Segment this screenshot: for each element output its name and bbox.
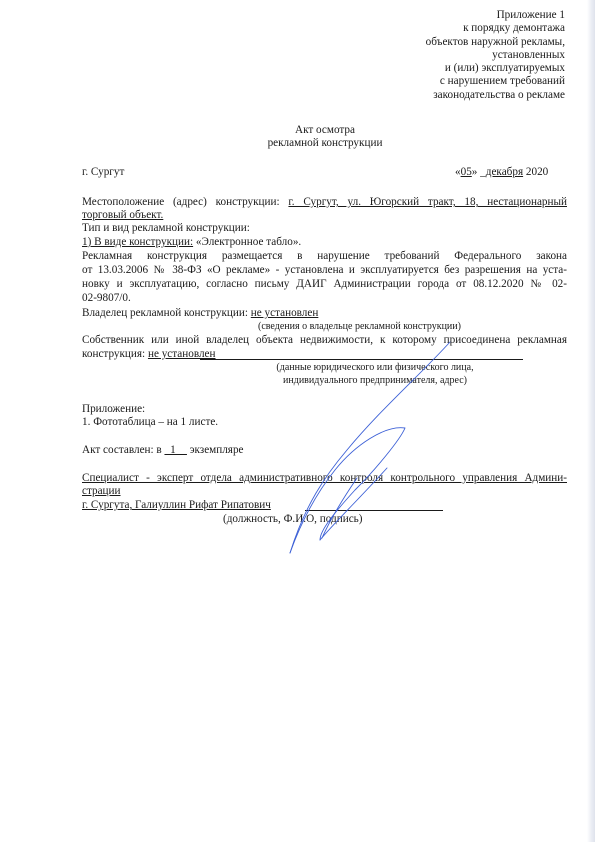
owner-line: Владелец рекламной конструкции: не устан… <box>82 307 318 320</box>
appendix-header: Приложение 1 к порядку демонтажа объекто… <box>365 9 565 102</box>
signature-line <box>305 510 443 511</box>
copies-label: Акт составлен: в <box>82 444 165 456</box>
location-label: Местоположение (адрес) конструкции: <box>82 196 288 208</box>
appendix-line: объектов наружной рекламы, <box>365 36 565 49</box>
signatory-name: г. Сургута, Галиуллин Рифат Рипатович <box>82 499 271 512</box>
document-title-line2: рекламной конструкции <box>0 137 595 150</box>
date-year: 2020 <box>523 166 548 178</box>
attachments-label: Приложение: <box>82 403 145 416</box>
location-value-cont: торговый объект. <box>82 209 163 222</box>
type-item: 1) В виде конструкции: «Электронное табл… <box>82 236 301 249</box>
property-owner-fill-line <box>200 359 523 360</box>
violation-line: от 13.03.2006 № 38-ФЗ «О рекламе» - уста… <box>82 264 567 277</box>
signatory-position: Специалист - эксперт отдела администрати… <box>82 472 567 485</box>
copies-suffix: экземпляре <box>187 444 244 456</box>
copies-count: _1__ <box>165 444 187 456</box>
document-title-line1: Акт осмотра <box>0 124 595 137</box>
owner-value: не установлен <box>251 307 319 319</box>
type-label: Тип и вид рекламной конструкции: <box>82 222 250 235</box>
attachment-item: 1. Фототаблица – на 1 листе. <box>82 416 218 429</box>
violation-line: 02-9807/0. <box>82 292 131 305</box>
appendix-line: законодательства о рекламе <box>365 89 565 102</box>
violation-line: новку и эксплуатацию, согласно письму ДА… <box>82 278 567 291</box>
location-line1: Местоположение (адрес) конструкции: г. С… <box>82 196 567 209</box>
date: «05» _декабря 2020 <box>455 166 548 179</box>
appendix-line: и (или) эксплуатируемых <box>365 62 565 75</box>
property-owner-caption: (данные юридического или физического лиц… <box>240 362 510 374</box>
property-owner-line2: конструкция: не установлен <box>82 348 216 361</box>
type-item-prefix: 1) В виде конструкции: <box>82 236 193 248</box>
date-month: декабря <box>486 166 523 178</box>
appendix-line: с нарушением требований <box>365 75 565 88</box>
appendix-line: Приложение 1 <box>365 9 565 22</box>
date-quote: » _ <box>472 166 486 178</box>
location-value: г. Сургут, ул. Югорский тракт, 18, неста… <box>288 196 567 208</box>
date-day: 05 <box>461 166 472 178</box>
city: г. Сургут <box>82 166 124 179</box>
copies-line: Акт составлен: в _1__ экземпляре <box>82 444 244 457</box>
property-owner-label: конструкция: <box>82 348 148 360</box>
appendix-line: установленных <box>365 49 565 62</box>
property-owner-line1: Собственник или иной владелец объекта не… <box>82 334 567 347</box>
appendix-line: к порядку демонтажа <box>365 22 565 35</box>
owner-label: Владелец рекламной конструкции: <box>82 307 251 319</box>
property-owner-caption: индивидуального предпринимателя, адрес) <box>240 375 510 387</box>
signatory-position-cont: страции <box>82 485 121 498</box>
type-item-value: «Электронное табло». <box>193 236 301 248</box>
signatory-caption: (должность, Ф.И.О, подпись) <box>223 513 363 526</box>
violation-line: Рекламная конструкция размещается в нару… <box>82 250 567 263</box>
owner-caption: (сведения о владельце рекламной конструк… <box>258 321 461 333</box>
